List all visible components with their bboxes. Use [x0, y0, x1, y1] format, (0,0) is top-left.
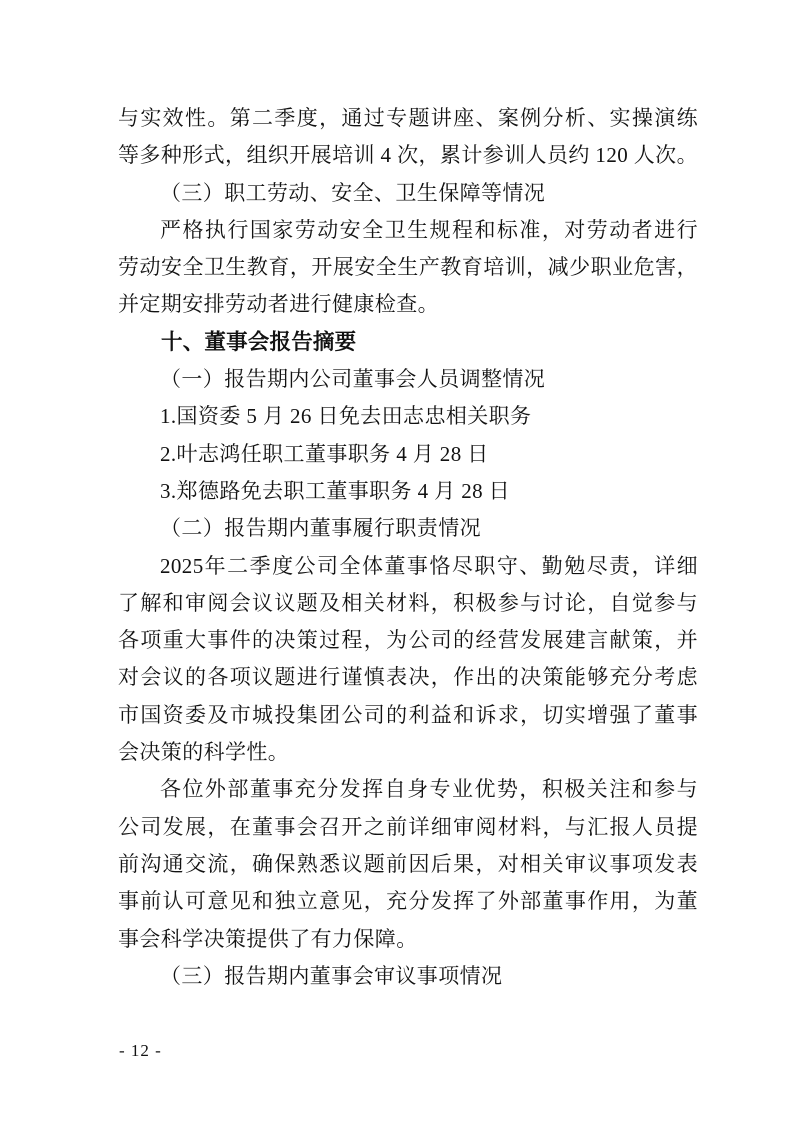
paragraph-line: 与实效性。第二季度，通过专题讲座、案例分析、实操演练 [118, 100, 698, 137]
page-number: - 12 - [119, 1040, 162, 1062]
paragraph-line: 各项重大事件的决策过程，为公司的经营发展建言献策，并 [118, 622, 698, 659]
paragraph-line: 事前认可意见和独立意见，充分发挥了外部董事作用，为董 [118, 883, 698, 920]
list-item-3: 3.郑德路免去职工董事职务 4 月 28 日 [118, 473, 698, 510]
section-heading-3-review-items: （三）报告期内董事会审议事项情况 [118, 958, 698, 995]
paragraph-line: 对会议的各项议题进行谨慎表决，作出的决策能够充分考虑 [118, 659, 698, 696]
section-heading-3-labor: （三）职工劳动、安全、卫生保障等情况 [118, 175, 698, 212]
paragraph-line: 了解和审阅会议议题及相关材料，积极参与讨论，自觉参与 [118, 585, 698, 622]
document-page: 与实效性。第二季度，通过专题讲座、案例分析、实操演练 等多种形式，组织开展培训 … [0, 0, 793, 1122]
section-heading-2-duties: （二）报告期内董事履行职责情况 [118, 510, 698, 547]
paragraph-line: 会决策的科学性。 [118, 734, 698, 771]
paragraph-line: 劳动安全卫生教育，开展安全生产教育培训，减少职业危害， [118, 249, 698, 286]
section-heading-1-personnel: （一）报告期内公司董事会人员调整情况 [118, 361, 698, 398]
paragraph-line: 2025年二季度公司全体董事恪尽职守、勤勉尽责，详细 [118, 548, 698, 585]
list-item-2: 2.叶志鸿任职工董事职务 4 月 28 日 [118, 436, 698, 473]
paragraph-line: 等多种形式，组织开展培训 4 次，累计参训人员约 120 人次。 [118, 137, 698, 174]
paragraph-line: 前沟通交流，确保熟悉议题前因后果，对相关审议事项发表 [118, 846, 698, 883]
list-item-1: 1.国资委 5 月 26 日免去田志忠相关职务 [118, 398, 698, 435]
paragraph-line: 严格执行国家劳动安全卫生规程和标准，对劳动者进行 [118, 212, 698, 249]
paragraph-line: 并定期安排劳动者进行健康检查。 [118, 286, 698, 323]
paragraph-line: 事会科学决策提供了有力保障。 [118, 921, 698, 958]
paragraph-line: 公司发展，在董事会召开之前详细审阅材料，与汇报人员提 [118, 809, 698, 846]
paragraph-line: 市国资委及市城投集团公司的利益和诉求，切实增强了董事 [118, 697, 698, 734]
document-text-block: 与实效性。第二季度，通过专题讲座、案例分析、实操演练 等多种形式，组织开展培训 … [118, 100, 698, 995]
paragraph-line: 各位外部董事充分发挥自身专业优势，积极关注和参与 [118, 771, 698, 808]
chapter-heading-board-report: 十、董事会报告摘要 [118, 324, 698, 361]
